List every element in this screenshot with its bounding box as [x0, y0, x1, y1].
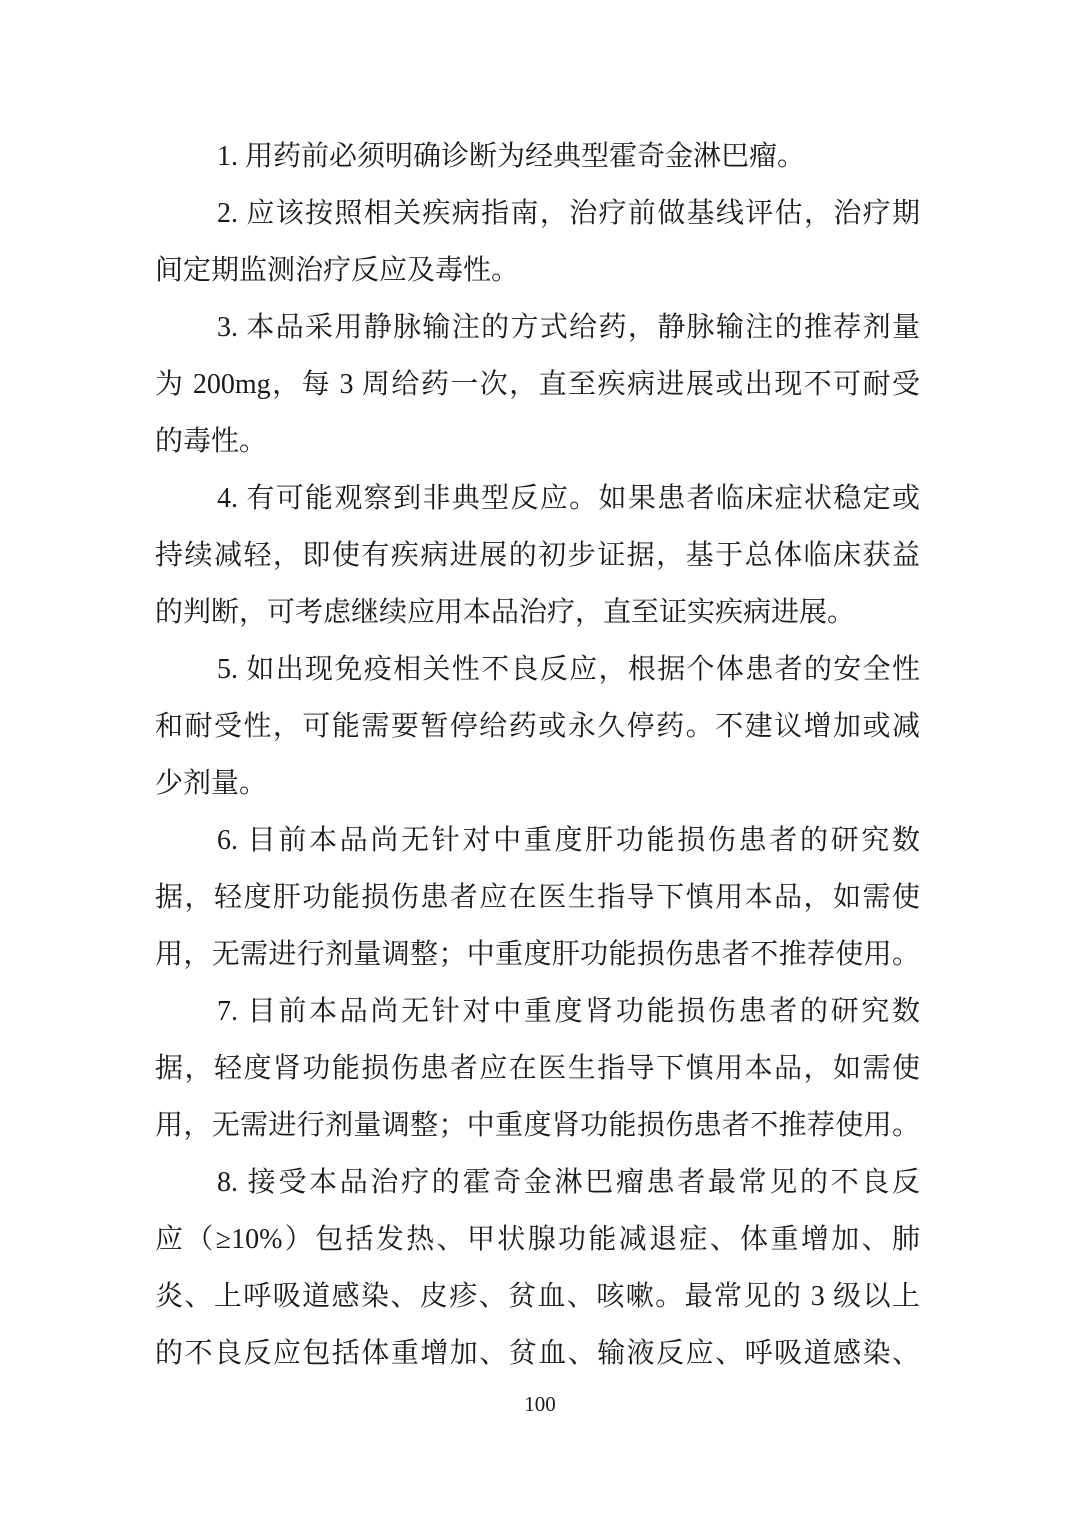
paragraph-8: 8. 接受本品治疗的霍奇金淋巴瘤患者最常见的不良反应（≥10%）包括发热、甲状腺…	[155, 1154, 920, 1382]
paragraph-1: 1. 用药前必须明确诊断为经典型霍奇金淋巴瘤。	[155, 128, 920, 185]
text-line: 3. 本品采用静脉输注的方式给药，静脉输注的推荐剂量	[155, 299, 920, 356]
text-line: 持续减轻，即使有疾病进展的初步证据，基于总体临床获益	[155, 527, 920, 584]
paragraph-5: 5. 如出现免疫相关性不良反应，根据个体患者的安全性和耐受性，可能需要暂停给药或…	[155, 641, 920, 812]
page-number: 100	[524, 1392, 556, 1416]
text-line: 炎、上呼吸道感染、皮疹、贫血、咳嗽。最常见的 3 级以上	[155, 1268, 920, 1325]
text-line: 和耐受性，可能需要暂停给药或永久停药。不建议增加或减	[155, 698, 920, 755]
text-line: 用，无需进行剂量调整；中重度肾功能损伤患者不推荐使用。	[155, 1097, 920, 1154]
text-line: 7. 目前本品尚无针对中重度肾功能损伤患者的研究数	[155, 983, 920, 1040]
paragraph-4: 4. 有可能观察到非典型反应。如果患者临床症状稳定或持续减轻，即使有疾病进展的初…	[155, 470, 920, 641]
text-line: 应（≥10%）包括发热、甲状腺功能减退症、体重增加、肺	[155, 1211, 920, 1268]
text-line: 的毒性。	[155, 413, 920, 470]
page-footer: 100	[0, 1390, 1080, 1418]
text-line: 少剂量。	[155, 755, 920, 812]
text-line: 4. 有可能观察到非典型反应。如果患者临床症状稳定或	[155, 470, 920, 527]
text-line: 为 200mg，每 3 周给药一次，直至疾病进展或出现不可耐受	[155, 356, 920, 413]
text-line: 5. 如出现免疫相关性不良反应，根据个体患者的安全性	[155, 641, 920, 698]
text-line: 的判断，可考虑继续应用本品治疗，直至证实疾病进展。	[155, 584, 920, 641]
text-line: 间定期监测治疗反应及毒性。	[155, 242, 920, 299]
paragraph-7: 7. 目前本品尚无针对中重度肾功能损伤患者的研究数据，轻度肾功能损伤患者应在医生…	[155, 983, 920, 1154]
text-line: 6. 目前本品尚无针对中重度肝功能损伤患者的研究数	[155, 812, 920, 869]
document-body: 1. 用药前必须明确诊断为经典型霍奇金淋巴瘤。2. 应该按照相关疾病指南，治疗前…	[155, 128, 920, 1382]
text-line: 1. 用药前必须明确诊断为经典型霍奇金淋巴瘤。	[155, 128, 920, 185]
paragraph-2: 2. 应该按照相关疾病指南，治疗前做基线评估，治疗期间定期监测治疗反应及毒性。	[155, 185, 920, 299]
paragraph-3: 3. 本品采用静脉输注的方式给药，静脉输注的推荐剂量为 200mg，每 3 周给…	[155, 299, 920, 470]
document-page: 1. 用药前必须明确诊断为经典型霍奇金淋巴瘤。2. 应该按照相关疾病指南，治疗前…	[0, 0, 1080, 1528]
text-line: 据，轻度肝功能损伤患者应在医生指导下慎用本品，如需使	[155, 869, 920, 926]
paragraph-6: 6. 目前本品尚无针对中重度肝功能损伤患者的研究数据，轻度肝功能损伤患者应在医生…	[155, 812, 920, 983]
text-line: 2. 应该按照相关疾病指南，治疗前做基线评估，治疗期	[155, 185, 920, 242]
text-line: 用，无需进行剂量调整；中重度肝功能损伤患者不推荐使用。	[155, 926, 920, 983]
text-line: 的不良反应包括体重增加、贫血、输液反应、呼吸道感染、	[155, 1325, 920, 1382]
text-line: 据，轻度肾功能损伤患者应在医生指导下慎用本品，如需使	[155, 1040, 920, 1097]
text-line: 8. 接受本品治疗的霍奇金淋巴瘤患者最常见的不良反	[155, 1154, 920, 1211]
